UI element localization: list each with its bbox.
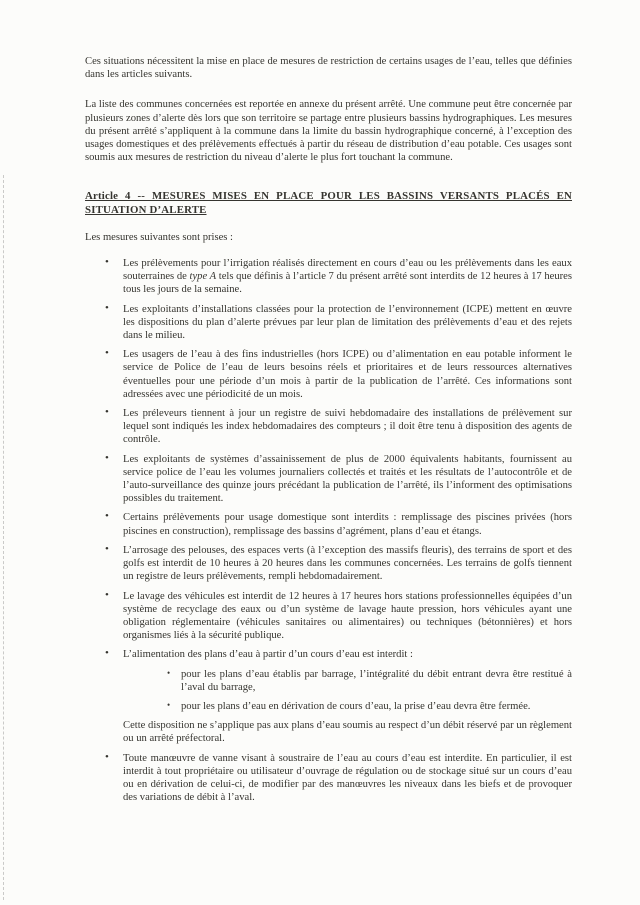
intro-paragraph-1: Ces situations nécessitent la mise en pl… (85, 55, 572, 81)
intro-paragraph-2: La liste des communes concernées est rep… (85, 98, 572, 164)
bullet-text: L’arrosage des pelouses, des espaces ver… (123, 545, 572, 582)
sub-bullet-dam-ponds: pour les plans d’eau établis par barrage… (181, 668, 572, 694)
bullet-vehicle-washing: Le lavage des véhicules est interdit de … (123, 590, 572, 643)
bullet-text: L’alimentation des plans d’eau à partir … (123, 649, 413, 660)
bullet-industrial-water-users: Les usagers de l’eau à des fins industri… (123, 348, 572, 401)
bullet-icpe-operators: Les exploitants d’installations classées… (123, 303, 572, 343)
bullet-text: Les préleveurs tiennent à jour un regist… (123, 408, 572, 445)
scan-artifact-line (3, 175, 4, 900)
sub-bullet-diversion-ponds: pour les plans d’eau en dérivation de co… (181, 700, 572, 713)
bullet-text: Certains prélèvements pour usage domesti… (123, 512, 572, 536)
article-4-heading: Article 4 -- MESURES MISES EN PLACE POUR… (85, 190, 572, 216)
measures-bullet-list: Les prélèvements pour l’irrigation réali… (85, 257, 572, 804)
bullet-text: Les exploitants de systèmes d’assainisse… (123, 454, 572, 505)
sub-bullet-text: pour les plans d’eau en dérivation de co… (181, 701, 530, 712)
measures-intro: Les mesures suivantes sont prises : (85, 231, 572, 244)
scanned-document-page: Ces situations nécessitent la mise en pl… (0, 0, 640, 905)
bullet-text: Toute manœuvre de vanne visant à soustra… (123, 753, 572, 804)
bullet-lawn-watering: L’arrosage des pelouses, des espaces ver… (123, 544, 572, 584)
pond-feeding-sub-list: pour les plans d’eau établis par barrage… (161, 668, 572, 714)
bullet-text: Le lavage des véhicules est interdit de … (123, 591, 572, 642)
sub-bullet-text: pour les plans d’eau établis par barrage… (181, 669, 572, 693)
bullet-pond-feeding: L’alimentation des plans d’eau à partir … (123, 648, 572, 745)
bullet-text: Les usagers de l’eau à des fins industri… (123, 349, 572, 400)
bullet-text: Les exploitants d’installations classées… (123, 304, 572, 341)
bullet-valve-maneuvers: Toute manœuvre de vanne visant à soustra… (123, 752, 572, 805)
bullet-domestic-withdrawals: Certains prélèvements pour usage domesti… (123, 511, 572, 537)
bullet-sanitation-systems: Les exploitants de systèmes d’assainisse… (123, 453, 572, 506)
bullet-irrigation-withdrawals: Les prélèvements pour l’irrigation réali… (123, 257, 572, 297)
bullet-text-italic: type A (190, 271, 217, 282)
bullet-withdrawal-register: Les préleveurs tiennent à jour un regist… (123, 407, 572, 447)
document-content: Ces situations nécessitent la mise en pl… (85, 55, 572, 810)
pond-feeding-note: Cette disposition ne s’applique pas aux … (123, 719, 572, 745)
